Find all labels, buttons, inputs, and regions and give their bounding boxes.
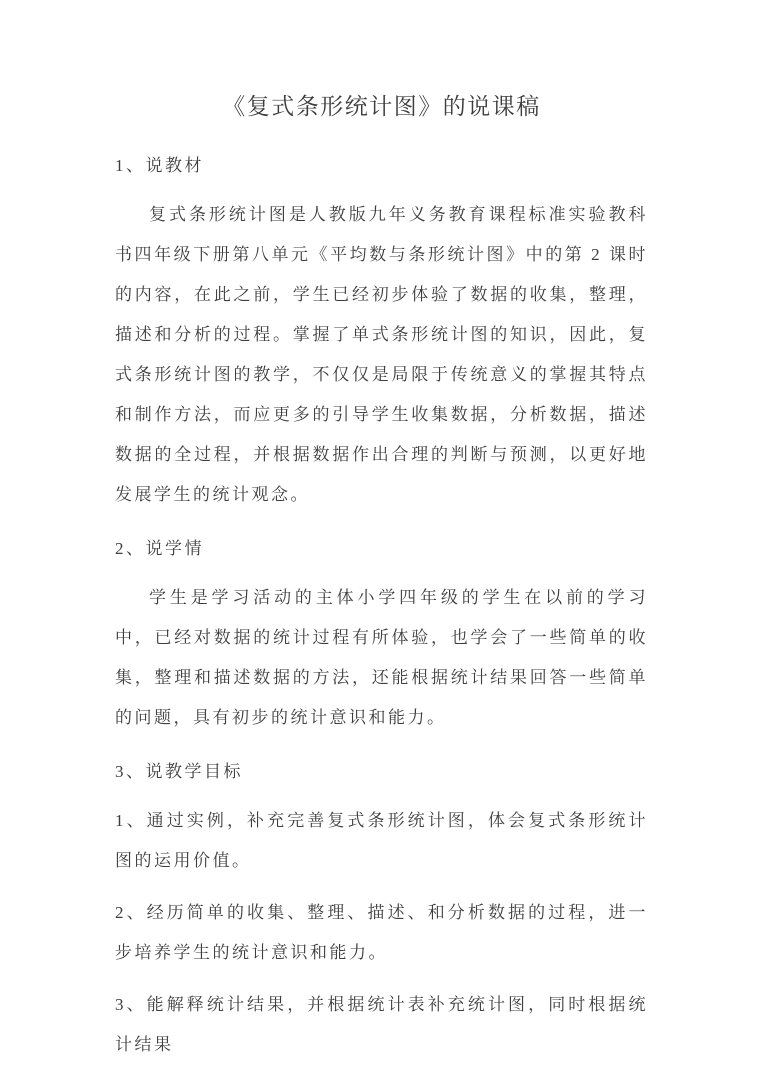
section-2-heading: 2、说学情	[115, 535, 648, 563]
document-page: 《复式条形统计图》的说课稿 1、说教材 复式条形统计图是人教版九年义务教育课程标…	[0, 0, 763, 1080]
objective-item-3: 3、能解释统计结果，并根据统计表补充统计图，同时根据统计结果	[115, 985, 648, 1065]
objective-item-2: 2、经历简单的收集、整理、描述、和分析数据的过程，进一步培养学生的统计意识和能力…	[115, 893, 648, 973]
objective-item-1: 1、通过实例，补充完善复式条形统计图，体会复式条形统计图的运用价值。	[115, 801, 648, 881]
section-3-heading: 3、说教学目标	[115, 758, 648, 786]
section-1-heading: 1、说教材	[115, 152, 648, 180]
section-2-paragraph: 学生是学习活动的主体小学四年级的学生在以前的学习中，已经对数据的统计过程有所体验…	[115, 578, 648, 738]
document-title: 《复式条形统计图》的说课稿	[115, 88, 648, 126]
section-1-paragraph: 复式条形统计图是人教版九年义务教育课程标准实验教科书四年级下册第八单元《平均数与…	[115, 195, 648, 515]
document-title-text: 《复式条形统计图》的说课稿	[222, 94, 541, 119]
